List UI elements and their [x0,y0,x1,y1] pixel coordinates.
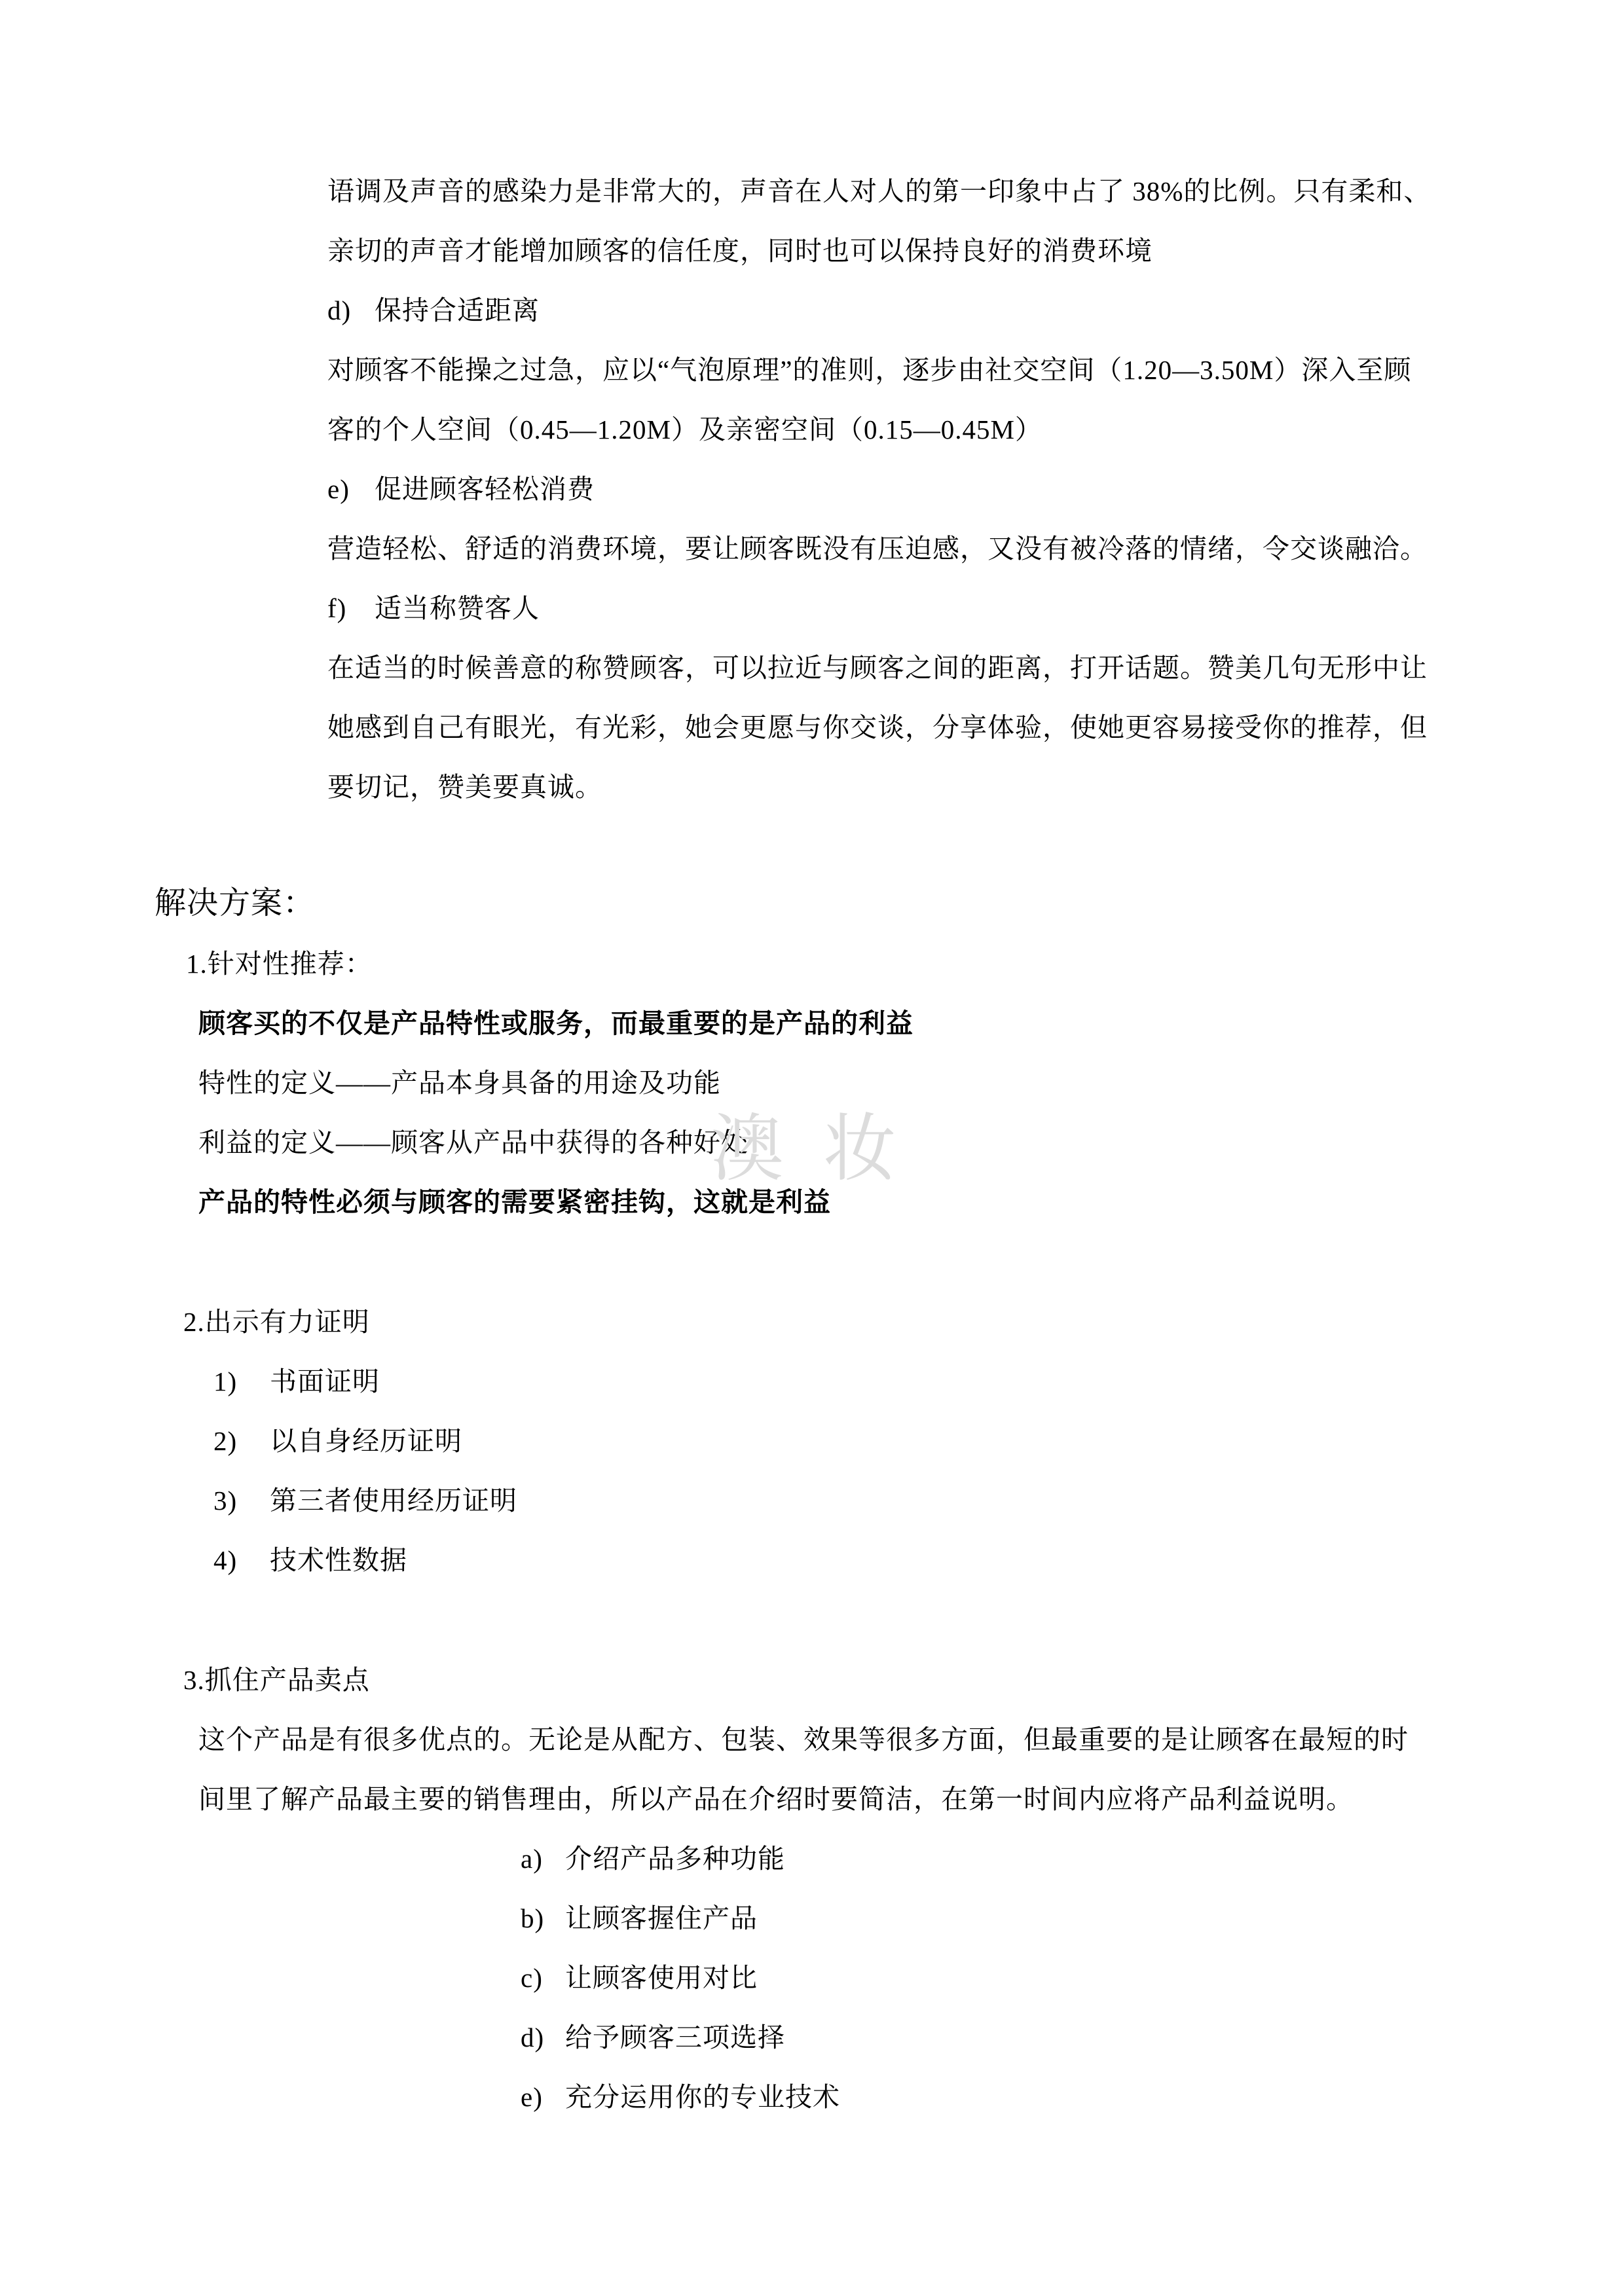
list-label: 充分运用你的专业技术 [565,2082,840,2112]
list-marker: 4) [213,1543,270,1577]
list-item-selling-d: d)给予顾客三项选择 [521,2020,785,2054]
paragraph-distance-line-1: 对顾客不能操之过急，应以“气泡原理”的准则，逐步由社交空间（1.20—3.50M… [327,353,1411,387]
list-marker: 3) [213,1484,270,1518]
paragraph-praise-line-2: 她感到自己有眼光，有光彩，她会更愿与你交谈，分享体验，使她更容易接受你的推荐，但 [327,710,1428,744]
list-marker: d) [521,2020,565,2054]
list-item-selling-c: c)让顾客使用对比 [521,1961,758,1995]
section-3-para-line-2: 间里了解产品最主要的销售理由，所以产品在介绍时要简洁，在第一时间内应将产品利益说… [198,1782,1354,1816]
list-label: 促进顾客轻松消费 [375,474,595,504]
list-item-f-praise-customer: f)适当称赞客人 [327,591,540,625]
list-label: 适当称赞客人 [375,593,540,623]
list-marker: 1) [213,1364,270,1398]
paragraph-voice-line-2: 亲切的声音才能增加顾客的信任度，同时也可以保持良好的消费环境 [327,234,1153,268]
section-1-line-2: 特性的定义——产品本身具备的用途及功能 [198,1066,721,1100]
paragraph-praise-line-3: 要切记，赞美要真诚。 [327,770,602,804]
list-label: 让顾客握住产品 [565,1903,758,1933]
list-marker: e) [327,472,375,506]
list-marker: c) [521,1961,565,1995]
list-item-selling-a: a)介绍产品多种功能 [521,1842,785,1876]
section-1-line-1: 顾客买的不仅是产品特性或服务，而最重要的是产品的利益 [198,1006,913,1040]
section-1-line-3: 利益的定义——顾客从产品中获得的各种好处 [198,1125,748,1159]
list-marker: e) [521,2080,565,2114]
list-item-d-keep-distance: d)保持合适距离 [327,293,540,327]
section-2-title: 2.出示有力证明 [183,1305,370,1339]
list-marker: f) [327,591,375,625]
paragraph-distance-line-2: 客的个人空间（0.45—1.20M）及亲密空间（0.15—0.45M） [327,412,1043,446]
section-3-title: 3.抓住产品卖点 [183,1663,370,1697]
list-label: 第三者使用经历证明 [270,1485,517,1516]
list-label: 书面证明 [270,1366,380,1396]
list-item-selling-b: b)让顾客握住产品 [521,1901,758,1935]
list-label: 给予顾客三项选择 [565,2022,785,2052]
paragraph-voice-line-1: 语调及声音的感染力是非常大的，声音在人对人的第一印象中占了 38%的比例。只有柔… [327,174,1431,208]
list-marker: a) [521,1842,565,1876]
paragraph-praise-line-1: 在适当的时候善意的称赞顾客，可以拉近与顾客之间的距离，打开话题。赞美几句无形中让 [327,651,1428,685]
watermark: 澳妆 [710,1106,936,1192]
list-marker: b) [521,1901,565,1935]
list-label: 以自身经历证明 [270,1426,462,1456]
section-heading-solution: 解决方案： [155,884,315,923]
list-marker: 2) [213,1424,270,1458]
section-1-title: 1.针对性推荐： [186,947,373,981]
list-item-proof-4: 4)技术性数据 [213,1543,407,1577]
list-label: 让顾客使用对比 [565,1963,758,1993]
list-item-proof-1: 1)书面证明 [213,1364,380,1398]
list-item-e-relaxed-consumption: e)促进顾客轻松消费 [327,472,595,506]
list-label: 保持合适距离 [375,295,540,325]
list-label: 介绍产品多种功能 [565,1844,785,1874]
section-3-para-line-1: 这个产品是有很多优点的。无论是从配方、包装、效果等很多方面，但最重要的是让顾客在… [198,1722,1409,1757]
list-item-selling-e: e)充分运用你的专业技术 [521,2080,840,2114]
list-item-proof-2: 2)以自身经历证明 [213,1424,462,1458]
list-label: 技术性数据 [270,1545,407,1575]
list-item-proof-3: 3)第三者使用经历证明 [213,1484,517,1518]
list-marker: d) [327,293,375,327]
paragraph-relaxed-line-1: 营造轻松、舒适的消费环境，要让顾客既没有压迫感，又没有被冷落的情绪，令交谈融洽。 [327,532,1428,566]
